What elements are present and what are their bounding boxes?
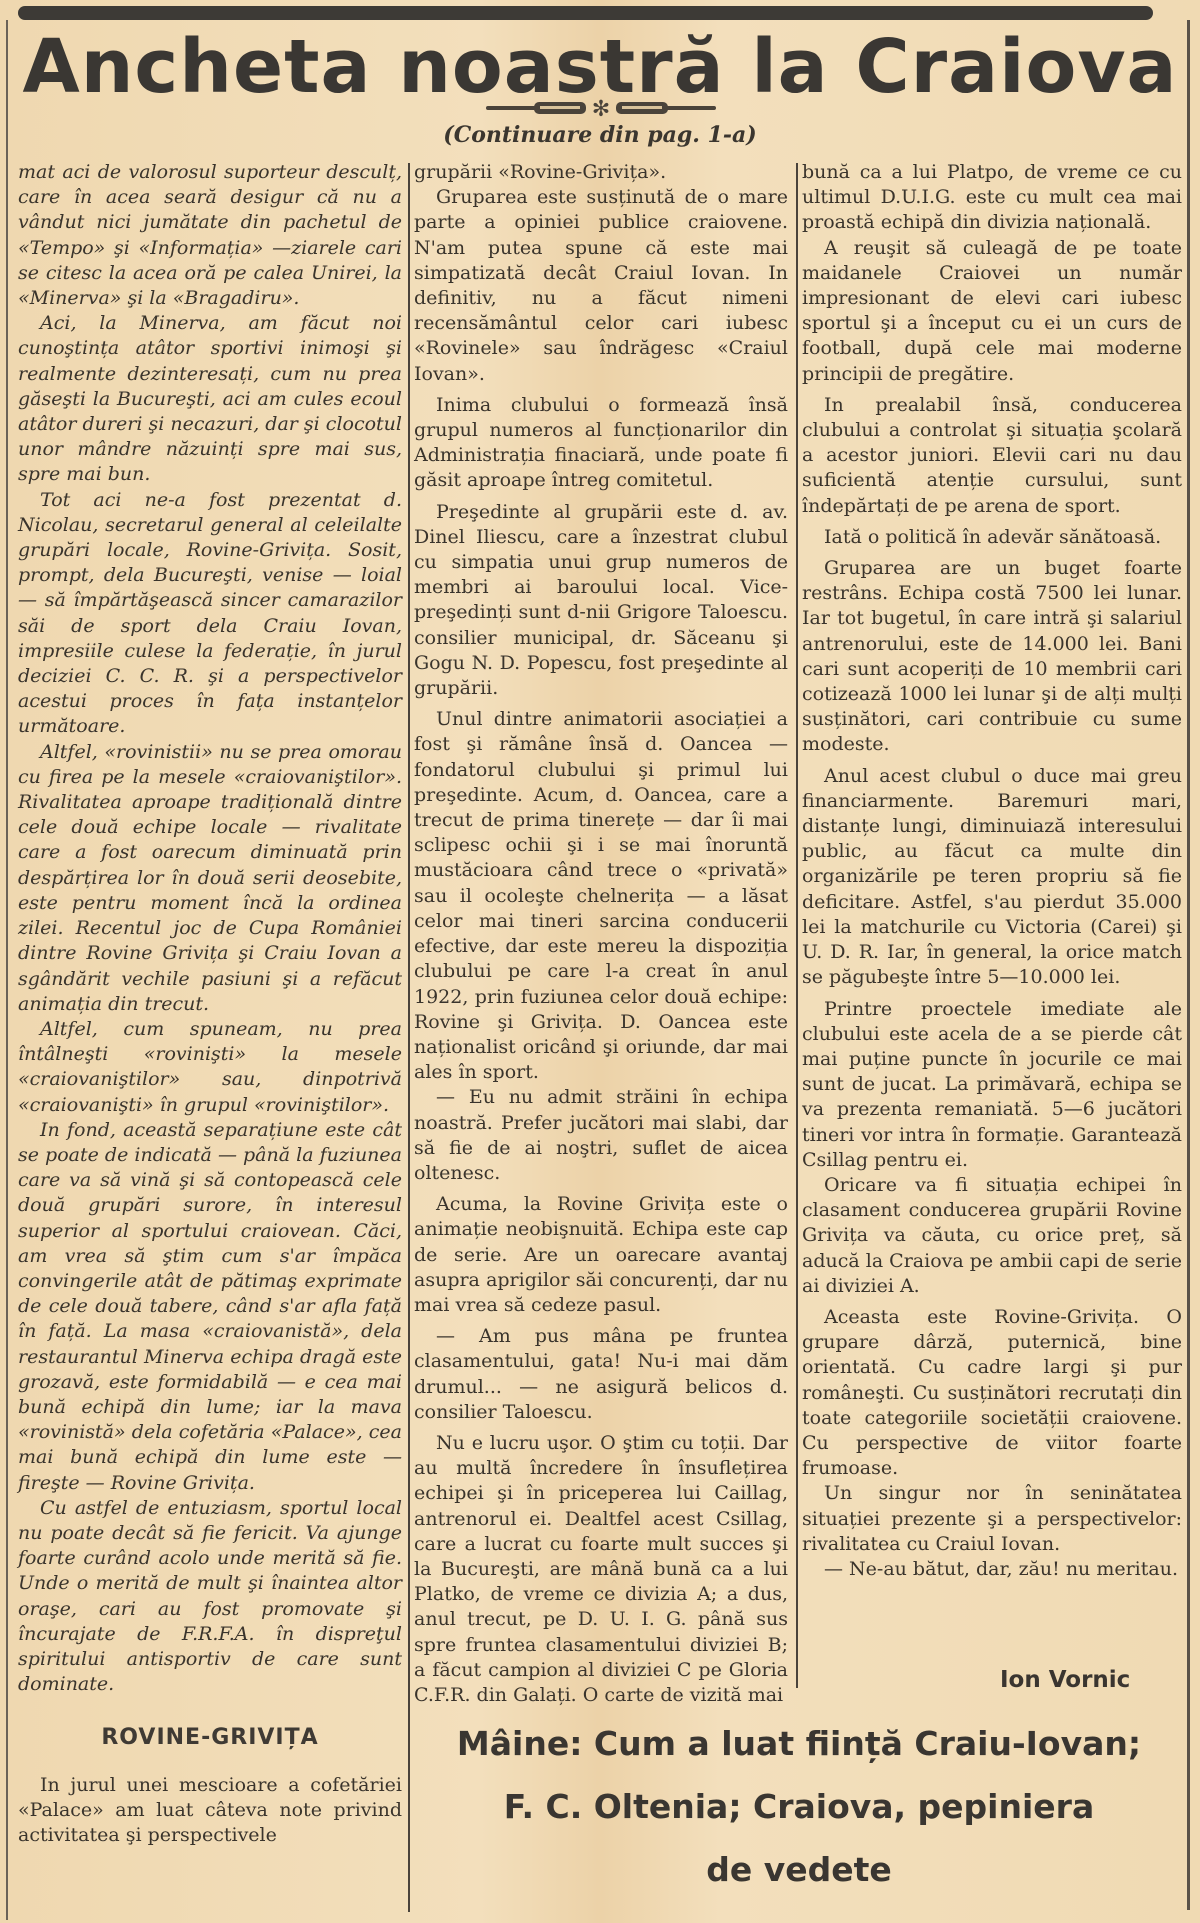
paragraph: Preşedinte al grupării este d. av. Dinel… — [414, 500, 788, 702]
paragraph: Tot aci ne-a fost prezentat d. Nicolau, … — [18, 488, 402, 740]
continuation-note: (Continuare din pag. 1-a) — [405, 122, 795, 148]
paragraph: — Eu nu admit străini în echipa noastră.… — [414, 1085, 788, 1186]
paragraph: — Am pus mâna pe fruntea clasamentului, … — [414, 1324, 788, 1425]
paragraph: Aceasta este Rovine-Grivița. O grupare d… — [802, 1305, 1182, 1481]
teaser-divider — [408, 1712, 410, 1912]
paragraph: In fond, această separațiune este cât se… — [18, 1118, 402, 1496]
paragraph: Gruparea are un buget foarte restrâns. E… — [802, 556, 1182, 758]
paragraph: grupării «Rovine-Grivița». — [414, 160, 788, 185]
paragraph: Oricare va fi situația echipei în clasam… — [802, 1173, 1182, 1299]
paragraph: Printre proectele imediate ale clubului … — [802, 997, 1182, 1173]
section-heading: ROVINE-GRIVIȚA — [18, 1725, 402, 1750]
paragraph: Unul dintre animatorii asociației a fost… — [414, 707, 788, 1085]
right-border — [1187, 20, 1190, 1910]
paragraph: Un singur nor în seninătatea situației p… — [802, 1481, 1182, 1557]
paragraph: Iată o politică în adevăr sănătoasă. — [802, 525, 1182, 550]
paragraph: Altfel, cum spuneam, nu prea întâlneşti … — [18, 1017, 402, 1118]
paragraph: Acuma, la Rovine Grivița este o animație… — [414, 1192, 788, 1318]
paragraph: Aci, la Minerva, am făcut noi cunoştința… — [18, 311, 402, 487]
next-issue-teaser: Mâine: Cum a luat ființă Craiu-Iovan; F.… — [414, 1712, 1184, 1901]
article-column-2: grupării «Rovine-Grivița». Gruparea este… — [414, 160, 788, 1708]
paragraph: Altfel, «rovinistii» nu se prea omorau c… — [18, 740, 402, 1017]
column-divider — [796, 163, 798, 1688]
paragraph: Anul acest clubul o duce mai greu financ… — [802, 764, 1182, 991]
svg-text:✻: ✻ — [592, 97, 610, 120]
paragraph: mat aci de valorosul suporteur desculț, … — [18, 160, 402, 311]
top-rule — [18, 6, 1153, 20]
paragraph: Cu astfel de entuziasm, sportul local nu… — [18, 1496, 402, 1698]
paragraph: — Ne-au bătut, dar, zău! nu meritau. — [802, 1557, 1182, 1582]
article-column-3: bună ca a lui Platpo, de vreme ce cu ult… — [802, 160, 1182, 1582]
column-divider — [408, 163, 410, 1903]
paragraph: bună ca a lui Platpo, de vreme ce cu ult… — [802, 160, 1182, 236]
teaser-line: F. C. Oltenia; Craiova, pepiniera — [414, 1775, 1184, 1838]
paragraph: In jurul unei mescioare a cofetăriei «Pa… — [18, 1773, 402, 1849]
left-border — [6, 20, 8, 1920]
paragraph: A reuşit să culeagă de pe toate maidanel… — [802, 236, 1182, 387]
paragraph: Inima clubului o formează însă grupul nu… — [414, 393, 788, 494]
paragraph: In prealabil însă, conducerea clubului a… — [802, 393, 1182, 519]
author-byline: Ion Vornic — [1000, 1667, 1130, 1693]
paragraph: Nu e lucru uşor. O ştim cu toții. Dar au… — [414, 1431, 788, 1708]
ornament-divider-icon: ✻ — [486, 96, 716, 120]
teaser-line: de vedete — [414, 1838, 1184, 1901]
paragraph: Gruparea este susținută de o mare parte … — [414, 185, 788, 387]
article-column-1: mat aci de valorosul suporteur desculț, … — [18, 160, 402, 1848]
teaser-line: Mâine: Cum a luat ființă Craiu-Iovan; — [414, 1712, 1184, 1775]
